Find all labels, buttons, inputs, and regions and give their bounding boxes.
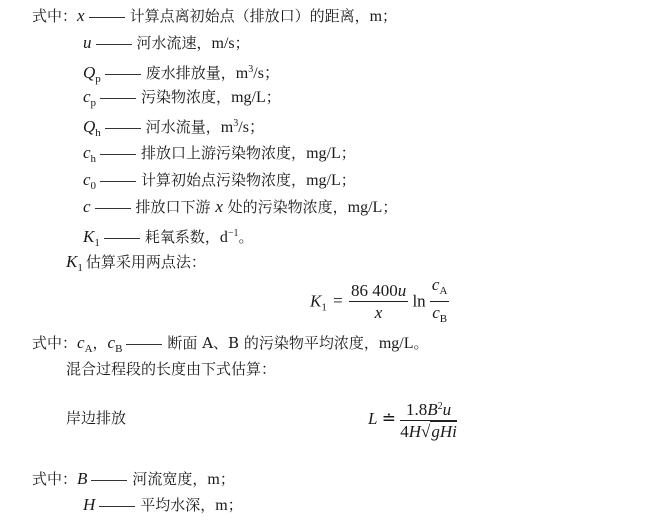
unit: mg/L — [348, 199, 383, 216]
description: 耗氧系数， — [145, 228, 220, 246]
unit-tail: 。 — [239, 228, 254, 246]
l-formula: L ≐ 1.8B2u 4H√gHi — [368, 398, 457, 442]
dash — [99, 506, 135, 507]
description: 排放口下游 — [136, 198, 216, 216]
subscript: A — [85, 343, 93, 355]
tail: 。 — [414, 334, 429, 352]
dash — [96, 44, 132, 45]
dash — [91, 480, 127, 481]
num-var: u — [398, 281, 407, 300]
unit-tail: ； — [382, 7, 397, 25]
num-var: B — [427, 400, 437, 419]
symbol: c — [83, 87, 91, 106]
symbol: c — [108, 333, 116, 352]
where-label: 式中： — [32, 7, 77, 25]
definition-k1: K1耗氧系数，d−1。 — [83, 224, 254, 253]
num-coef: 1.8 — [406, 400, 427, 419]
definition-x: 式中：x计算点离初始点（排放口）的距离，m； — [32, 6, 397, 27]
unit-tail: ； — [235, 34, 250, 52]
unit-tail: ； — [382, 198, 397, 216]
separator: ， — [93, 334, 108, 352]
symbol-inline: x — [215, 197, 223, 216]
subscript: h — [95, 127, 101, 139]
denominator: 4H√gHi — [400, 421, 457, 442]
den-var: H — [409, 422, 421, 441]
description: 处的污染物浓度， — [223, 198, 348, 216]
k1-intro: K1估算采用两点法： — [66, 252, 206, 278]
subscript: p — [95, 73, 101, 85]
symbol: K — [66, 252, 77, 271]
num-sub: A — [439, 285, 447, 297]
dash — [105, 74, 141, 75]
definition-h: H平均水深，m； — [83, 495, 243, 516]
subscript: 0 — [91, 180, 97, 192]
description: 河水流速， — [137, 34, 212, 52]
symbol: c — [83, 197, 91, 216]
unit: mg/L — [306, 172, 341, 189]
intro-text: 估算采用两点法： — [86, 253, 206, 271]
num-const: 86 400 — [351, 281, 398, 300]
subscript: B — [115, 343, 122, 355]
cab-definition: 式中：cA，cB断面 A、B 的污染物平均浓度，mg/L。 — [32, 333, 429, 359]
den-coef: 4 — [400, 422, 409, 441]
unit-sup: −1 — [228, 228, 239, 239]
symbol: K — [83, 227, 94, 246]
fraction: 86 400u x — [349, 282, 408, 323]
where-label: 式中： — [32, 334, 77, 352]
lhs-sub: 1 — [321, 301, 327, 313]
symbol: H — [83, 495, 95, 514]
where-label: 式中： — [32, 470, 77, 488]
symbol: c — [83, 170, 91, 189]
symbol: Q — [83, 63, 95, 82]
ln: ln — [412, 291, 425, 310]
definition-ch: ch排放口上游污染物浓度，mg/L； — [83, 143, 356, 169]
dash — [126, 344, 162, 345]
den-sub: B — [440, 313, 447, 325]
unit-tail: ； — [341, 144, 356, 162]
subscript: p — [91, 97, 97, 109]
unit-tail: /s； — [238, 119, 265, 136]
dash — [100, 98, 136, 99]
lhs: L — [368, 409, 377, 428]
unit: mg/L — [231, 89, 266, 106]
shore-discharge-label: 岸边排放 — [66, 408, 126, 428]
fraction: 1.8B2u 4H√gHi — [400, 398, 457, 442]
approx-equals: ≐ — [382, 409, 396, 428]
subscript: 1 — [77, 262, 83, 274]
ratio-numerator: cA — [430, 276, 450, 302]
sqrt-icon: √ — [421, 422, 430, 441]
description: 排放口上游污染物浓度， — [141, 144, 306, 162]
definition-c0: c0计算初始点污染物浓度，mg/L； — [83, 170, 356, 196]
description: 河流宽度， — [132, 470, 207, 488]
unit-tail: ； — [266, 88, 281, 106]
unit: m — [236, 65, 248, 82]
unit: m/s — [212, 35, 235, 52]
unit: m — [207, 471, 219, 488]
unit: m — [370, 8, 382, 25]
ratio-fraction: cA cB — [430, 276, 450, 329]
unit: mg/L — [306, 145, 341, 162]
symbol: c — [83, 143, 91, 162]
numerator: 86 400u — [349, 282, 408, 302]
dash — [95, 208, 131, 209]
tail: ； — [228, 496, 243, 514]
definition-qh: Qh河水流量，m3/s； — [83, 114, 265, 143]
num-var2: u — [443, 400, 452, 419]
mixing-intro: 混合过程段的长度由下式估算： — [66, 359, 276, 379]
definition-qp: Qp废水排放量，m3/s； — [83, 60, 280, 89]
definition-c: c排放口下游 x 处的污染物浓度，mg/L； — [83, 197, 397, 218]
unit: m — [215, 497, 227, 514]
unit-tail: ； — [341, 171, 356, 189]
definition-b: 式中：B河流宽度，m； — [32, 469, 235, 490]
unit: m — [221, 119, 233, 136]
numerator: 1.8B2u — [400, 398, 457, 421]
symbol: x — [77, 6, 85, 25]
symbol: u — [83, 33, 92, 52]
dash — [104, 238, 140, 239]
description: 断面 A、B 的污染物平均浓度， — [167, 334, 378, 352]
dash — [100, 181, 136, 182]
symbol: c — [77, 333, 85, 352]
unit: d — [220, 229, 228, 246]
unit-tail: /s； — [253, 65, 280, 82]
description: 计算初始点污染物浓度， — [141, 171, 306, 189]
definition-u: u河水流速，m/s； — [83, 33, 250, 54]
definition-cp: cp污染物浓度，mg/L； — [83, 87, 281, 113]
subscript: 1 — [94, 237, 100, 249]
den-sym: c — [432, 303, 440, 322]
description: 平均水深， — [140, 496, 215, 514]
dash — [105, 128, 141, 129]
lhs: K — [310, 291, 321, 310]
subscript: h — [91, 153, 97, 165]
description: 污染物浓度， — [141, 88, 231, 106]
symbol: B — [77, 469, 87, 488]
ratio-denominator: cB — [430, 302, 450, 329]
description: 废水排放量， — [146, 64, 236, 82]
denominator: x — [349, 302, 408, 323]
description: 计算点离初始点（排放口）的距离， — [130, 7, 370, 25]
unit: mg/L — [379, 335, 414, 352]
description: 河水流量， — [146, 118, 221, 136]
symbol: Q — [83, 117, 95, 136]
sqrt-content: gHi — [430, 421, 457, 441]
k1-formula: K1 = 86 400u x ln cA cB — [310, 276, 449, 329]
tail: ； — [220, 470, 235, 488]
dash — [89, 17, 125, 18]
equals: = — [333, 291, 343, 310]
dash — [100, 154, 136, 155]
